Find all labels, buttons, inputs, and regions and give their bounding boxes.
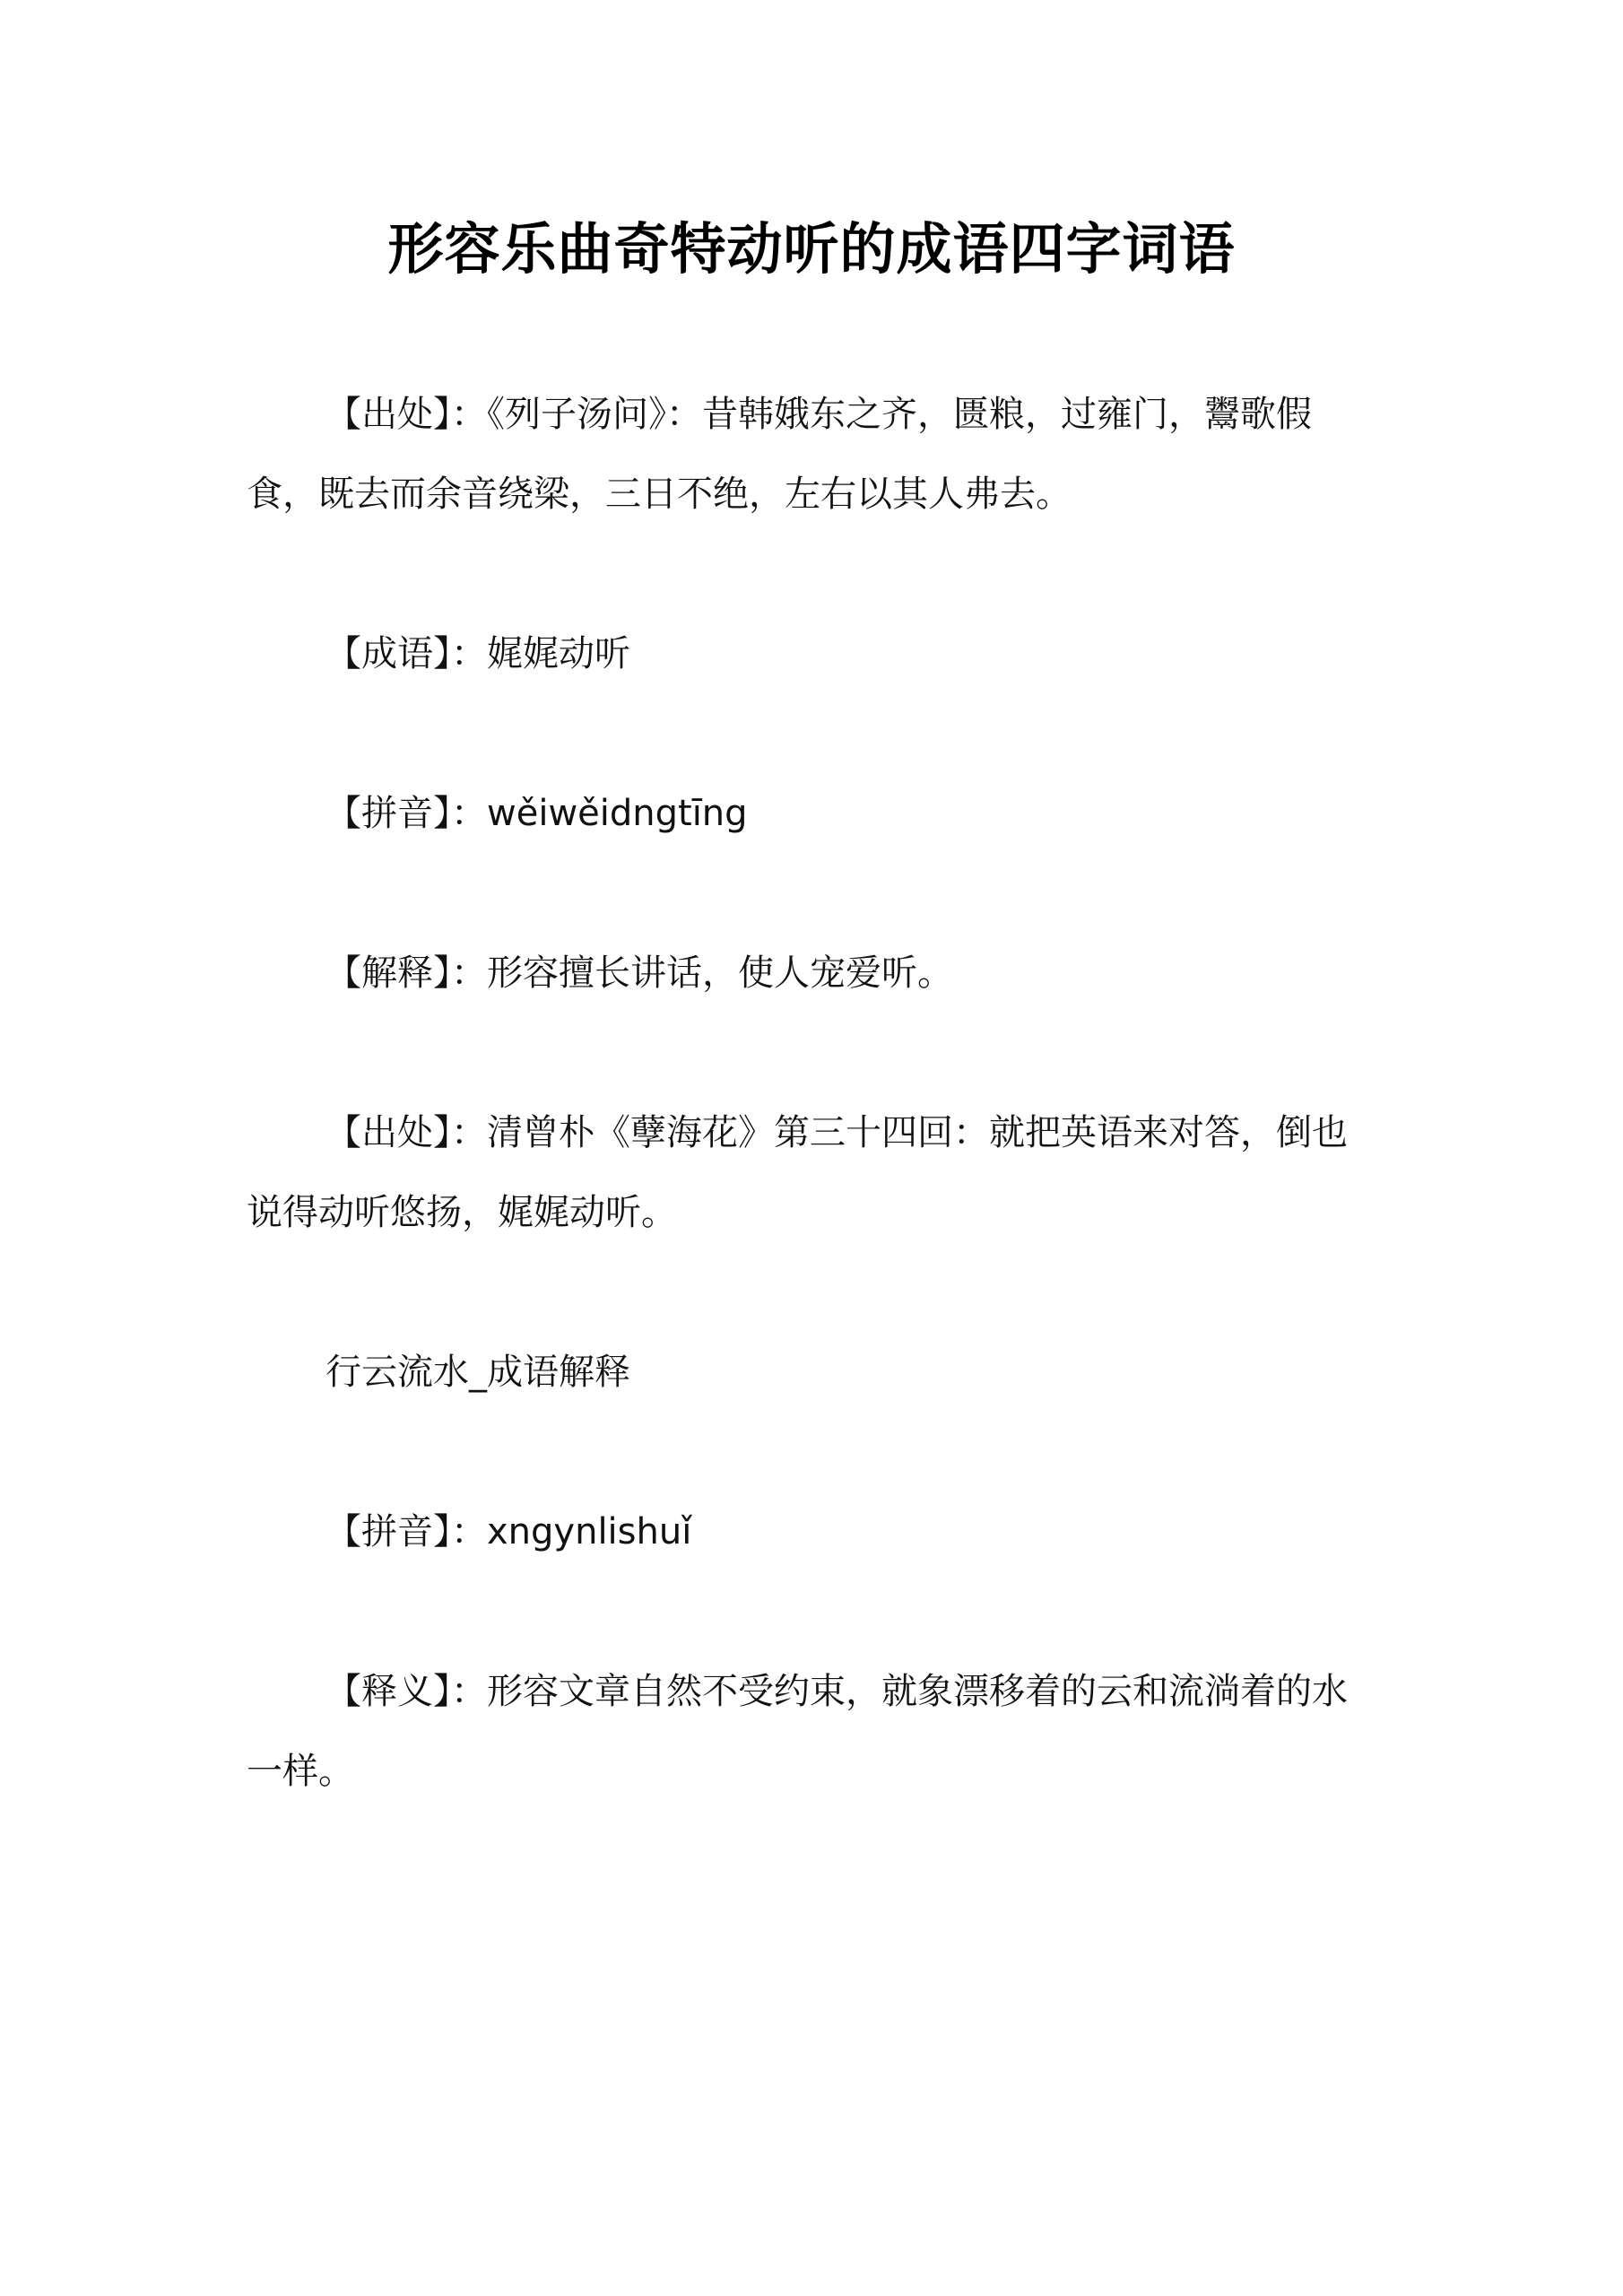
- document-body: 【出处】：《列子汤问》：昔韩娥东之齐，匮粮，过雍门，鬻歌假食，既去而余音绕梁，三…: [247, 375, 1378, 1812]
- paragraph-text: wěiwěidngtīng: [487, 793, 748, 834]
- paragraph-label: 【拼音】：: [325, 1511, 487, 1552]
- paragraph-explanation: 【解释】：形容擅长讲话，使人宠爱听。: [247, 934, 1378, 1013]
- paragraph-text: xngynlishuǐ: [487, 1511, 691, 1552]
- document-title: 形容乐曲奇特动听的成语四字词语: [0, 213, 1623, 285]
- paragraph-label: 【成语】：: [325, 633, 487, 674]
- paragraph-meaning: 【释义】：形容文章自然不受约束，就象漂移着的云和流淌着的水一样。: [247, 1652, 1378, 1812]
- paragraph-idiom: 【成语】：娓娓动听: [247, 614, 1378, 694]
- paragraph-label: 【拼音】：: [325, 793, 487, 834]
- document-page: 形容乐曲奇特动听的成语四字词语 【出处】：《列子汤问》：昔韩娥东之齐，匮粮，过雍…: [0, 0, 1623, 2296]
- paragraph-pinyin-2: 【拼音】：xngynlishuǐ: [247, 1492, 1378, 1572]
- paragraph-source-2: 【出处】：清曾朴《孽海花》第三十四回：就把英语来对答，倒也说得动听悠扬，娓娓动听…: [247, 1093, 1378, 1253]
- paragraph-label: 【释义】：: [325, 1671, 487, 1712]
- paragraph-label: 【出处】：: [325, 394, 487, 435]
- paragraph-text: 形容擅长讲话，使人宠爱听。: [487, 952, 953, 994]
- paragraph-text: 行云流水_成语解释: [325, 1352, 630, 1393]
- paragraph-text: 娓娓动听: [487, 633, 630, 674]
- paragraph-source-1: 【出处】：《列子汤问》：昔韩娥东之齐，匮粮，过雍门，鬻歌假食，既去而余音绕梁，三…: [247, 375, 1378, 535]
- paragraph-subheading: 行云流水_成语解释: [247, 1333, 1378, 1413]
- paragraph-label: 【解释】：: [325, 952, 487, 994]
- paragraph-label: 【出处】：: [325, 1112, 487, 1153]
- paragraph-pinyin-1: 【拼音】：wěiwěidngtīng: [247, 774, 1378, 854]
